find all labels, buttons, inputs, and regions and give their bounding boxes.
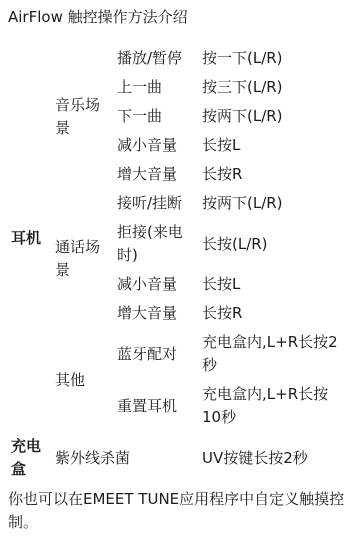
- action-cell: 增大音量: [112, 160, 197, 189]
- table-row: 通话场景 接听/挂断 按两下(L/R): [6, 189, 347, 218]
- action-cell: 减小音量: [112, 270, 197, 299]
- action-cell: 接听/挂断: [112, 189, 197, 218]
- case-label: 充电盒: [6, 432, 50, 484]
- gesture-cell: 长按R: [197, 299, 347, 328]
- action-cell: 上一曲: [112, 73, 197, 102]
- music-scene-label: 音乐场景: [50, 44, 112, 189]
- page-title: AirFlow 触控操作方法介绍: [8, 6, 188, 28]
- table-row: 充电盒 紫外线杀菌 UV按键长按2秒: [6, 432, 347, 484]
- action-cell: 增大音量: [112, 299, 197, 328]
- earbuds-label: 耳机: [6, 44, 50, 432]
- gesture-cell: UV按键长按2秒: [197, 432, 347, 484]
- gesture-cell: 长按R: [197, 160, 347, 189]
- gesture-cell: 充电盒内,L+R长按2秒: [197, 328, 347, 380]
- gesture-cell: 按三下(L/R): [197, 73, 347, 102]
- footer-note: 你也可以在EMEET TUNE应用程序中自定义触摸控制。: [8, 488, 353, 534]
- action-cell: 下一曲: [112, 102, 197, 131]
- table-row: 其他 蓝牙配对 充电盒内,L+R长按2秒: [6, 328, 347, 380]
- action-cell: 蓝牙配对: [112, 328, 197, 380]
- gesture-cell: 按两下(L/R): [197, 102, 347, 131]
- gesture-cell: 充电盒内,L+R长按10秒: [197, 380, 347, 432]
- gesture-cell: 按两下(L/R): [197, 189, 347, 218]
- table-row: 耳机 音乐场景 播放/暂停 按一下(L/R): [6, 44, 347, 73]
- gesture-cell: 长按L: [197, 270, 347, 299]
- gesture-cell: 长按L: [197, 131, 347, 160]
- action-cell: 减小音量: [112, 131, 197, 160]
- action-cell: 拒接(来电时): [112, 218, 197, 270]
- call-scene-label: 通话场景: [50, 189, 112, 328]
- action-cell: 播放/暂停: [112, 44, 197, 73]
- gesture-cell: 按一下(L/R): [197, 44, 347, 73]
- gesture-cell: 长按(L/R): [197, 218, 347, 270]
- touch-controls-table: 耳机 音乐场景 播放/暂停 按一下(L/R) 上一曲 按三下(L/R) 下一曲 …: [6, 44, 347, 484]
- action-cell: 紫外线杀菌: [50, 432, 197, 484]
- action-cell: 重置耳机: [112, 380, 197, 432]
- other-label: 其他: [50, 328, 112, 432]
